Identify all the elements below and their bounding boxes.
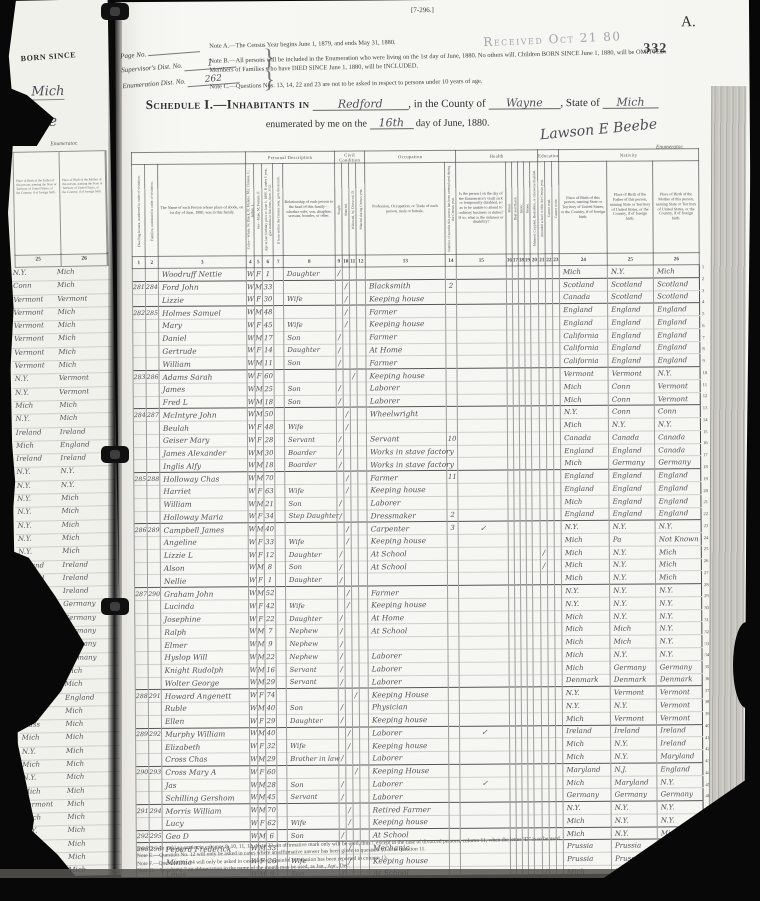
cell-c20 (532, 496, 540, 509)
cell-c8: Son (285, 561, 337, 574)
column-header-26: Place of Birth of the Mother of this per… (653, 161, 700, 253)
left-father-birthplace: N.Y. (15, 468, 61, 481)
cell-c25: N.Y. (611, 801, 657, 814)
cell-c7 (274, 357, 284, 370)
cell-c2 (147, 460, 160, 473)
cell-c8: Wife (286, 599, 338, 612)
cell-c25: Vermont (611, 712, 657, 725)
binder-post-lower (101, 598, 129, 615)
cell-c24: Mich (562, 572, 610, 585)
cell-c6: 29 (266, 753, 277, 766)
cell-c6: 48 (263, 421, 274, 434)
cell-c26: Canada (655, 431, 701, 444)
cell-c26: Vermont (656, 686, 702, 699)
cell-c4: W (250, 727, 258, 740)
line-number: 17 (703, 449, 708, 461)
cell-c1 (132, 294, 145, 307)
cell-c20 (532, 559, 540, 572)
cell-c1 (135, 715, 148, 728)
cell-c20 (533, 585, 541, 598)
cell-c24: Mich (561, 533, 609, 546)
cell-c15 (457, 317, 507, 330)
cell-c14 (449, 802, 460, 815)
left-father-birthplace: Vermont (12, 335, 58, 348)
cell-c7 (274, 344, 284, 357)
cell-c6: 74 (265, 689, 276, 702)
cell-c9: / (337, 548, 344, 561)
cell-c6: 30 (264, 446, 275, 459)
cell-c12 (357, 433, 366, 446)
cell-c20 (533, 700, 541, 713)
cell-c3: Elizabeth (162, 740, 250, 753)
cell-c4: W (250, 791, 258, 804)
left-father-birthplace: Ireland (14, 428, 60, 441)
line-number: 27 (704, 567, 709, 579)
cell-c12 (359, 663, 368, 676)
column-header-25: Place of Birth of the Father of this per… (607, 161, 654, 253)
cell-c2: 292 (149, 728, 162, 741)
line-number: 10 (703, 367, 708, 379)
cell-c26: Mich (653, 265, 699, 278)
cell-c15 (457, 394, 507, 407)
cell-c15 (458, 560, 508, 573)
cell-c4: W (247, 434, 255, 447)
column-header-5: Sex—Male, M; Female, F. (254, 164, 263, 256)
cell-c15 (459, 674, 509, 687)
cell-c7 (276, 625, 286, 638)
cell-c25: Germany (610, 661, 656, 674)
cell-c14 (446, 292, 457, 305)
cell-c24: Mich (563, 776, 611, 789)
left-column-numbers: 25 26 (14, 252, 108, 268)
cell-c14: 3 (447, 522, 458, 535)
cell-c3: William (159, 357, 247, 370)
cell-c24: England (561, 482, 609, 495)
cell-c2 (146, 422, 159, 435)
cell-c5: F (256, 574, 264, 587)
line-number: 16 (703, 438, 708, 450)
cell-c26: N.Y. (657, 801, 703, 814)
cell-c6: 12 (264, 548, 275, 561)
cell-c25: Germany (609, 456, 655, 469)
binder-post-middle (101, 446, 129, 463)
cell-c26: Germany (657, 788, 703, 801)
line-number: 22 (704, 508, 709, 520)
cell-c21 (539, 317, 546, 330)
cell-c25: Maryland (611, 776, 657, 789)
cell-c5: M (257, 638, 265, 651)
column-number-15: 15 (456, 254, 506, 266)
cell-c5: M (255, 383, 263, 396)
cell-c25: N.Y. (609, 520, 655, 533)
cell-c3: Ralph (161, 625, 249, 638)
cell-c2 (147, 447, 160, 460)
cell-c25: Ireland (611, 725, 657, 738)
cell-c20 (533, 598, 541, 611)
cell-c23 (554, 483, 561, 496)
cell-c2: 290 (148, 588, 161, 601)
cell-c5: M (258, 753, 266, 766)
cell-c1 (134, 511, 147, 524)
cell-c3: James (159, 383, 247, 396)
cell-c25: England (609, 444, 655, 457)
line-number: 4 (702, 296, 707, 308)
cell-c1 (135, 613, 148, 626)
cell-c4: W (247, 357, 255, 370)
cell-c6: 30 (263, 293, 274, 306)
cell-c1 (134, 562, 147, 575)
cell-c7 (277, 753, 287, 766)
cell-c13: Works in stave factory (367, 458, 447, 471)
cell-c15 (457, 406, 507, 419)
column-number-7: 7 (273, 256, 283, 268)
cell-c23 (553, 355, 560, 368)
cell-c20 (532, 457, 540, 470)
cell-c2 (148, 613, 161, 626)
cell-c12 (359, 624, 368, 637)
received-stamp: Received Oct 21 80 (483, 29, 622, 49)
cell-c21 (541, 572, 548, 585)
cell-c13: Keeping house (368, 713, 448, 726)
cell-c24: N.Y. (560, 406, 608, 419)
left-mother-birthplace: Mich (62, 533, 114, 546)
cell-c20 (531, 291, 539, 304)
cell-c26: Vermont (654, 392, 700, 405)
cell-c3: Mary (159, 319, 247, 332)
cell-c6: 45 (266, 791, 277, 804)
cell-c6: 33 (264, 536, 275, 549)
cell-c12 (359, 650, 368, 663)
left-mother-col-header: Place of Birth of the Mother of this per… (60, 151, 108, 254)
cell-c15 (460, 764, 510, 777)
column-number-6: 6 (262, 256, 273, 268)
left-column-headers: Place of Birth of the Father of this per… (12, 150, 108, 256)
book-fore-edge (709, 86, 747, 876)
left-father-birthplace: Conn (11, 281, 57, 294)
cell-c7 (274, 395, 284, 408)
cell-c25: N.Y. (611, 814, 657, 827)
enumerated-day: 16th (369, 118, 413, 129)
column-header-3: The Name of each Person whose place of a… (158, 164, 247, 257)
column-number-25: 25 (607, 253, 653, 265)
cell-c26: England (654, 316, 700, 329)
cell-c25: N.Y. (610, 571, 656, 584)
cell-c2 (147, 485, 160, 498)
cell-c14 (447, 547, 458, 560)
cell-c21 (540, 444, 547, 457)
cell-c24: Mich (560, 393, 608, 406)
cell-c15 (457, 355, 507, 368)
cell-c12 (358, 458, 367, 471)
cell-c1 (136, 754, 149, 767)
line-number: 21 (703, 496, 708, 508)
cell-c1 (135, 703, 148, 716)
cell-c15 (457, 330, 507, 343)
cell-c8: Wife (287, 816, 339, 829)
left-father-birthplace: N.Y. (20, 747, 66, 760)
cell-c23 (554, 521, 561, 534)
cell-c7 (274, 408, 284, 421)
cell-c26: Mich (655, 558, 701, 571)
page-no-value (148, 51, 200, 56)
cell-c24: Mich (561, 495, 609, 508)
cell-c12 (360, 752, 369, 765)
cell-c12 (360, 816, 369, 829)
cell-c1 (133, 320, 146, 333)
left-father-birthplace: N.Y. (14, 414, 60, 427)
cell-c7 (277, 804, 287, 817)
cell-c7 (277, 829, 287, 842)
cell-c20 (531, 393, 539, 406)
cell-c20 (534, 802, 542, 815)
cell-c2 (147, 498, 160, 511)
cell-c21 (541, 661, 548, 674)
cell-c5: M (256, 446, 264, 459)
line-number: 31 (704, 614, 709, 626)
cell-c12 (358, 548, 367, 561)
left-mother-birthplace: Mich (58, 307, 110, 320)
column-header-23: Cannot write. (552, 162, 560, 254)
line-number: 3 (702, 285, 707, 297)
cell-c10: / (346, 803, 353, 816)
cell-c3: McIntyre John (159, 408, 247, 421)
cell-c4: W (249, 715, 257, 728)
cell-c15 (458, 457, 508, 470)
cell-c24: N.Y. (563, 801, 611, 814)
column-number-13: 13 (365, 254, 445, 267)
cell-c12 (358, 573, 367, 586)
cell-c1 (134, 498, 147, 511)
cell-c20 (531, 330, 539, 343)
cell-c14 (446, 330, 457, 343)
cell-c15 (458, 509, 508, 522)
county-label: , in the County of (408, 98, 485, 111)
left-mother-birthplace: Vermont (59, 373, 111, 386)
left-mother-birthplace: Mich (61, 506, 113, 519)
cell-c20 (534, 776, 542, 789)
left-col-number-26: 26 (61, 252, 107, 266)
cell-c1: 286 (134, 524, 147, 537)
cell-c14 (446, 381, 457, 394)
cell-c24: Mich (561, 457, 609, 470)
cell-c25: N.Y. (610, 648, 656, 661)
left-mother-birthplace: Mich (59, 360, 111, 373)
cell-c12 (359, 688, 368, 701)
cell-c6: 52 (265, 587, 276, 600)
cell-c14 (449, 790, 460, 803)
cell-c8 (286, 688, 338, 701)
cell-c15 (457, 292, 507, 305)
cell-c14 (446, 343, 457, 356)
enum-dist-label: Enumeration Dist. No. (122, 77, 186, 90)
cell-c26: England (655, 469, 701, 482)
line-number: 8 (702, 343, 707, 355)
cell-c6: 9 (265, 638, 276, 651)
cell-c1 (133, 345, 146, 358)
cell-c3: Ford John (158, 281, 246, 294)
cell-c12 (357, 293, 366, 306)
enumerator-signature: Lawson E Beebe (539, 116, 657, 143)
cell-c15 (460, 738, 510, 751)
cell-c6: 28 (263, 434, 274, 447)
cell-c9 (336, 420, 343, 433)
cell-c1 (135, 626, 148, 639)
cell-c13: Dressmaker (367, 509, 447, 522)
cell-c1 (135, 639, 148, 652)
cell-c12 (360, 765, 369, 778)
column-header-4: Color—White, W; Black, B; Mulatto, Mu; C… (246, 164, 255, 256)
cell-c20 (532, 470, 540, 483)
cell-c20 (532, 432, 540, 445)
cell-c24: England (561, 508, 609, 521)
cell-c13: Keeping house (369, 815, 449, 828)
cell-c4: W (249, 651, 257, 664)
cell-c7 (275, 446, 285, 459)
line-number: 26 (704, 555, 709, 567)
cell-c6: 48 (263, 306, 274, 319)
group-header: Education (538, 150, 559, 162)
cell-c26: Conn (654, 405, 700, 418)
cell-c24: Mich (560, 418, 608, 431)
cell-c26: Germany (655, 456, 701, 469)
cell-c4: W (249, 612, 257, 625)
cell-c26: Mich (655, 545, 701, 558)
cell-c13: Keeping House (369, 764, 449, 777)
cell-c8: Brother in law (287, 752, 339, 765)
cell-c12 (359, 586, 368, 599)
cell-c12 (356, 267, 365, 280)
page-no-label: Page No. (120, 50, 147, 60)
cell-c6: 6 (266, 829, 277, 842)
cell-c11 (353, 803, 360, 816)
column-number-8: 8 (283, 255, 335, 267)
column-number-14: 14 (445, 254, 456, 266)
left-mother-birthplace: Mich (60, 413, 112, 426)
left-mother-birthplace: Mich (58, 320, 110, 333)
left-mother-birthplace: N.Y. (61, 467, 113, 480)
cell-c8: Servant (287, 791, 339, 804)
cell-c3: Alson (160, 561, 248, 574)
cell-c26: Mich (656, 571, 702, 584)
cell-c7 (276, 638, 286, 651)
cell-c15: ✓ (460, 777, 510, 790)
cell-c14 (448, 598, 459, 611)
cell-c5: F (256, 510, 264, 523)
cell-c4: W (248, 574, 256, 587)
cell-c14 (448, 713, 459, 726)
cell-c20 (532, 508, 540, 521)
cell-c4: W (247, 306, 255, 319)
line-number: 30 (704, 602, 709, 614)
cell-c25: England (609, 469, 655, 482)
cell-c26: Scotland (654, 277, 700, 290)
note-a: Note A.—The Census Year begins June 1, 1… (209, 39, 396, 51)
cell-c8: Wife (284, 318, 336, 331)
cell-c1 (134, 575, 147, 588)
cell-c25: N.Y. (607, 265, 653, 278)
cell-c20 (534, 751, 542, 764)
cell-c4: W (248, 549, 256, 562)
line-number: 7 (702, 332, 707, 344)
cell-c4: W (249, 663, 257, 676)
cell-c7 (275, 561, 285, 574)
cell-c20 (533, 623, 541, 636)
cell-c7 (275, 536, 285, 549)
cell-c2: 294 (149, 805, 162, 818)
cell-c7 (275, 485, 285, 498)
cell-c22 (548, 661, 555, 674)
cell-c2: 293 (149, 766, 162, 779)
cell-c12 (359, 637, 368, 650)
left-mother-birthplace: Ireland (63, 573, 115, 586)
cell-c26: N.Y. (656, 584, 702, 597)
cell-c26: N.Y. (656, 597, 702, 610)
cell-c12 (359, 599, 368, 612)
cell-c8: Son (285, 497, 337, 510)
column-number-5: 5 (254, 256, 262, 268)
cell-c3: Lizzie (158, 293, 246, 306)
cell-c13: Carpenter (367, 522, 447, 535)
left-mother-birthplace: Mich (59, 400, 111, 413)
cell-c8: Son (286, 701, 338, 714)
cell-c5: F (257, 689, 265, 702)
cell-c6: 50 (263, 408, 274, 421)
cell-c5: M (258, 804, 266, 817)
cell-c11 (351, 459, 358, 472)
left-mother-birthplace: Ireland (62, 560, 114, 573)
cell-c15 (459, 713, 509, 726)
cell-c12 (360, 778, 369, 791)
column-header-1: Dwelling-houses, numbered in order of vi… (132, 165, 146, 257)
cell-c6: 29 (265, 714, 276, 727)
cell-c1 (133, 396, 146, 409)
left-father-birthplace: Vermont (11, 295, 57, 308)
cell-c2 (149, 754, 162, 767)
cell-c13: Laborer (369, 777, 449, 790)
left-father-birthplace: N.Y. (16, 521, 62, 534)
cell-c9 (339, 765, 346, 778)
cell-c3: Woodruff Nettie (158, 268, 246, 281)
cell-c12 (359, 701, 368, 714)
cell-c24: Mich (562, 635, 610, 648)
cell-c24: Maryland (563, 763, 611, 776)
cell-c4: W (246, 268, 254, 281)
cell-c5: M (258, 778, 266, 791)
left-father-col-header: Place of Birth of the Father of this per… (14, 152, 62, 255)
cell-c4: W (247, 332, 255, 345)
cell-c5: M (258, 829, 266, 842)
left-father-birthplace: Vermont (13, 361, 59, 374)
cell-c1 (133, 332, 146, 345)
cell-c3: Adams Sarah (159, 370, 247, 383)
cell-c20 (531, 368, 539, 381)
cell-c15 (457, 381, 507, 394)
cell-c2 (147, 549, 160, 562)
cell-c5: M (256, 459, 264, 472)
cell-c4: W (248, 485, 256, 498)
cell-c20 (531, 304, 539, 317)
cell-c14 (445, 266, 456, 279)
cell-c3: Cross Chas (162, 753, 250, 766)
cell-c3: Lucinda (161, 600, 249, 613)
cell-c7 (274, 319, 284, 332)
cell-c14 (449, 815, 460, 828)
cell-c6: 42 (265, 600, 276, 613)
cell-c12 (359, 612, 368, 625)
cell-c14 (446, 407, 457, 420)
cell-c13: At School (367, 547, 447, 560)
column-number-3: 3 (158, 256, 246, 269)
